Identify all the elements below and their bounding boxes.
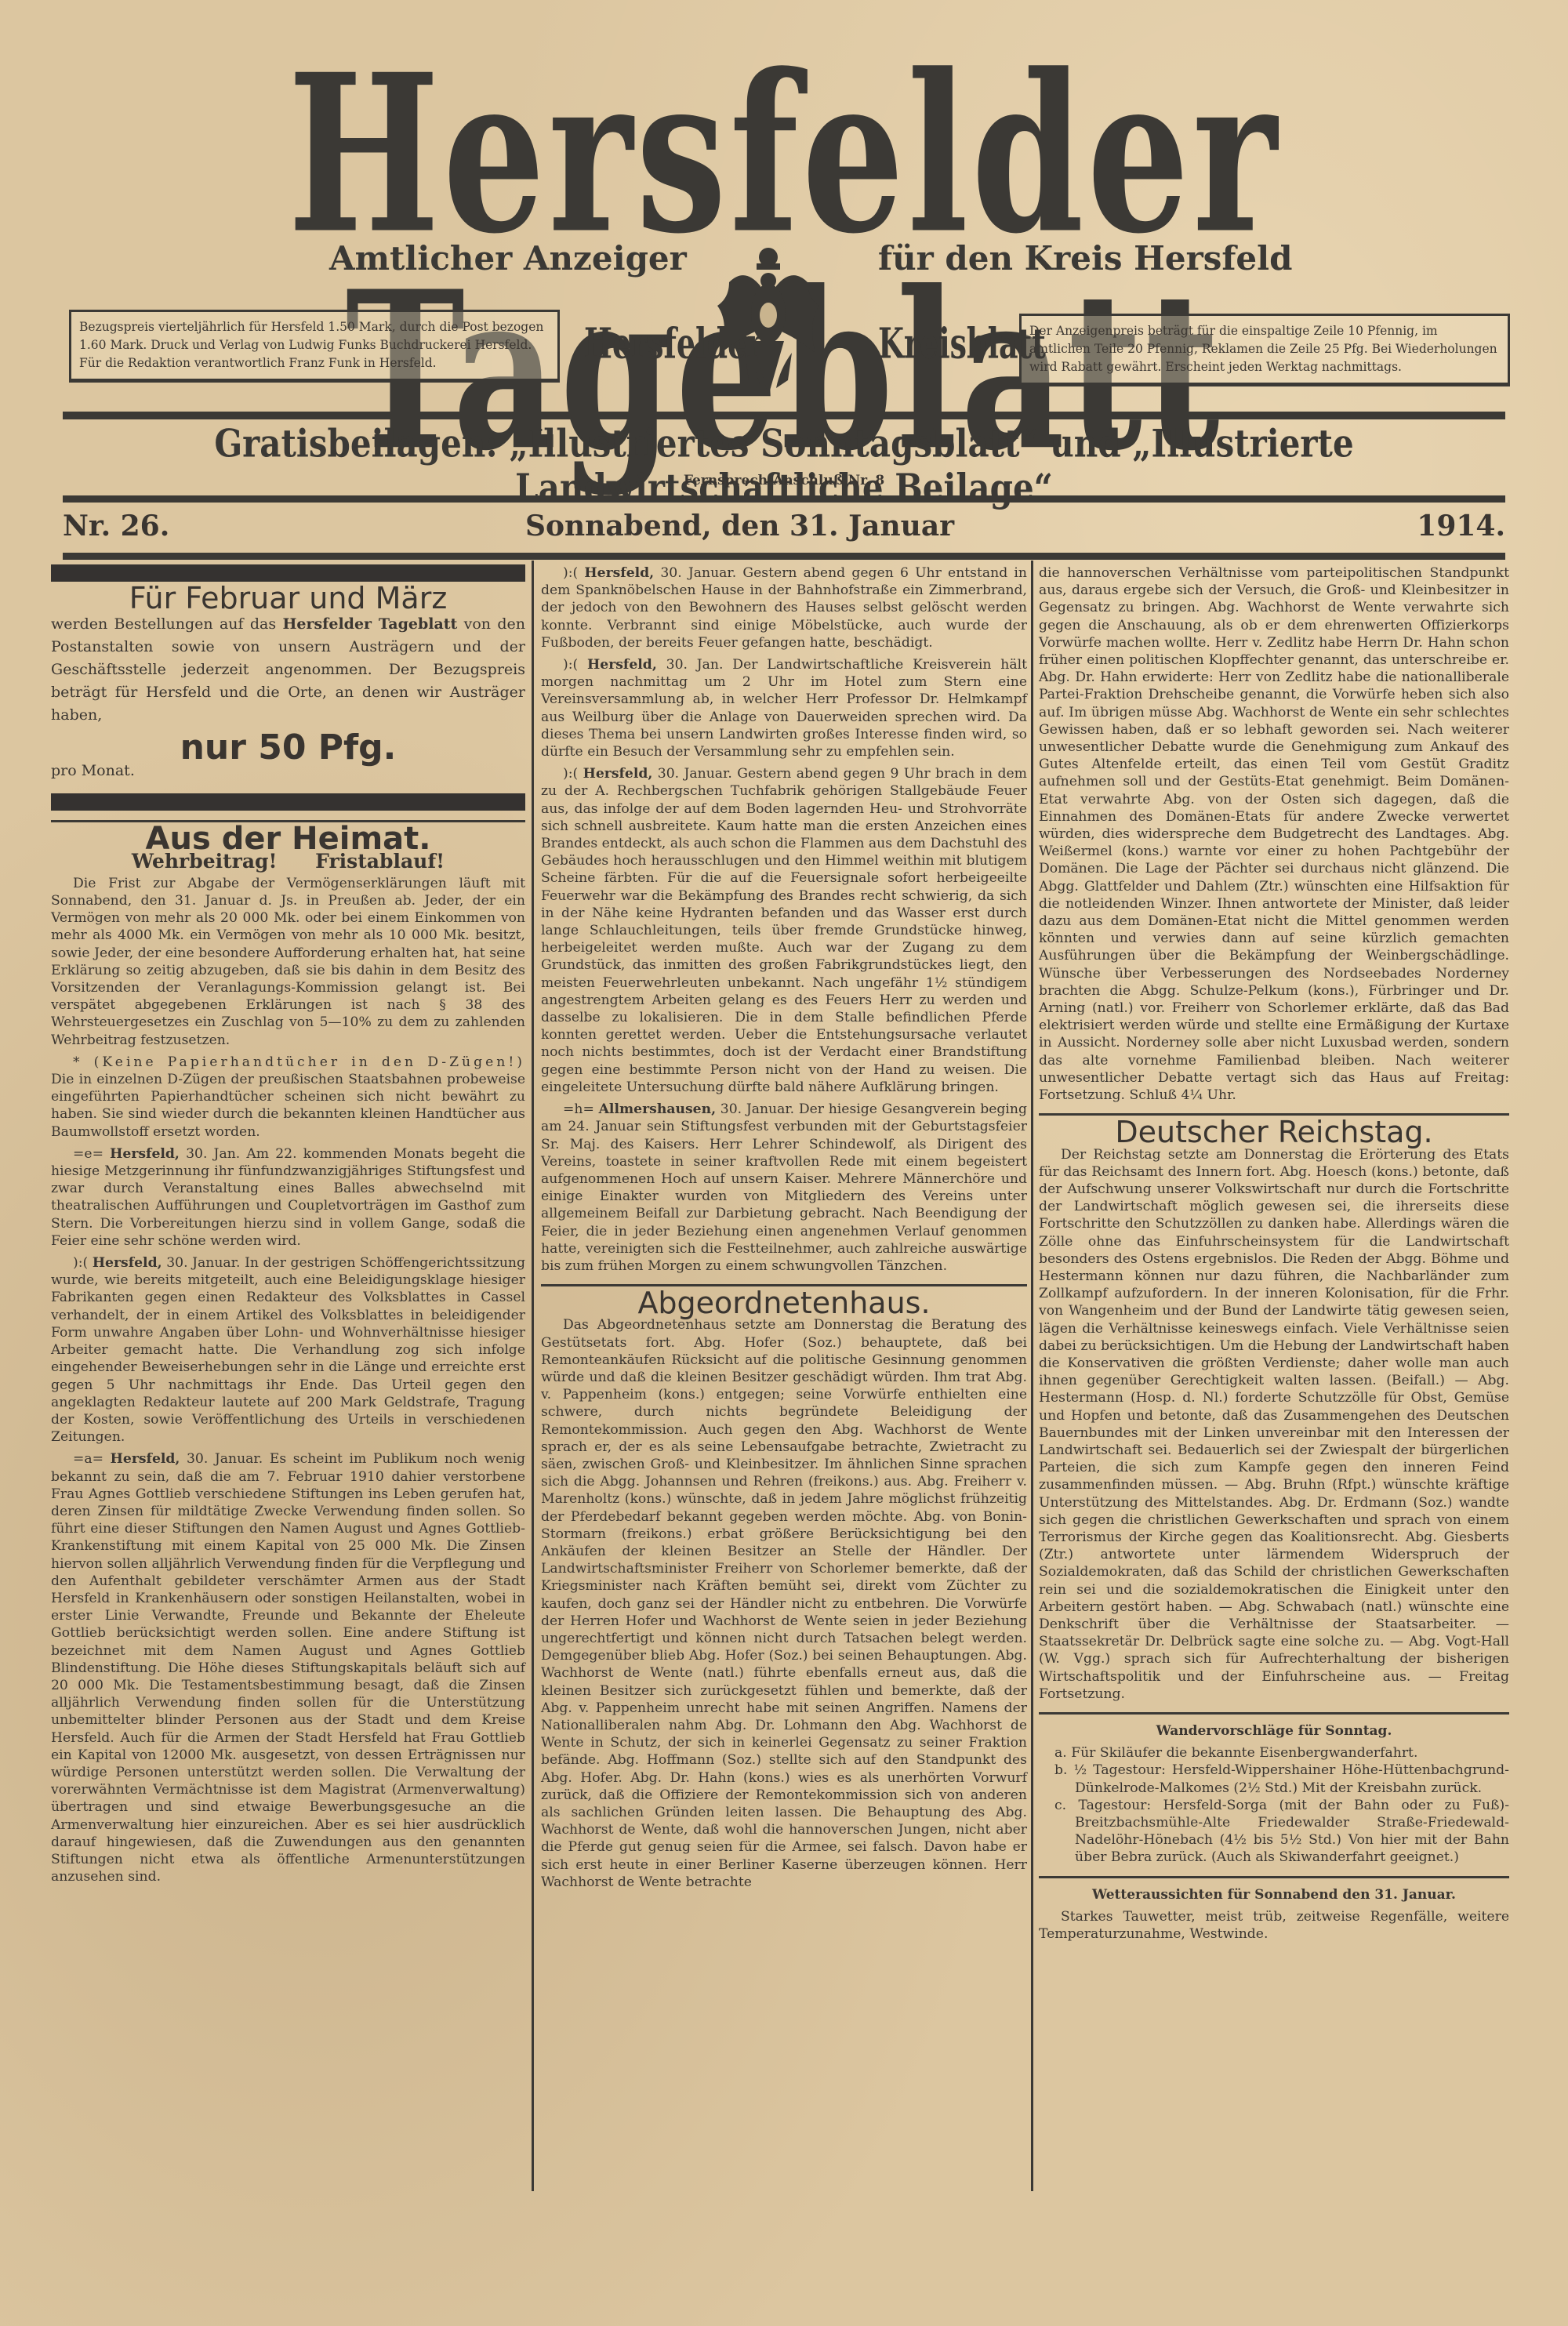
column-divider — [1031, 561, 1033, 2191]
subscription-info-box: Bezugspreis vierteljährlich für Hersfeld… — [69, 310, 560, 383]
advertising-rates-box: Der Anzeigenpreis beträgt für die einspa… — [1019, 314, 1510, 386]
article-wehrbeitrag: Die Frist zur Abgabe der Vermögenserklär… — [51, 875, 525, 1049]
section-title-abgeordnetenhaus: Abgeordnetenhaus. — [541, 1294, 1027, 1312]
ad-text: werden Bestellungen auf das — [51, 615, 276, 633]
local-news-item: * (Keine Papierhandtücher in den D-Zügen… — [51, 1054, 525, 1141]
weather-title: Wetteraussichten für Sonnabend den 31. J… — [1039, 1886, 1509, 1903]
column-3: die hannoverschen Verhältnisse vom parte… — [1039, 564, 1509, 1947]
local-news-item: =h= Allmershausen, 30. Januar. Der hiesi… — [541, 1101, 1027, 1275]
ad-price: nur 50 Pfg. — [51, 739, 525, 757]
issue-date: Sonnabend, den 31. Januar — [525, 510, 954, 542]
local-news-item: ):( Hersfeld, 30. Januar. Gestern abend … — [541, 765, 1027, 1096]
crest-label-right: Kreisblatt — [878, 318, 1046, 368]
subtitle-left: Amtlicher Anzeiger — [329, 239, 687, 278]
hiking-list: a. Für Skiläufer die bekannte Eisenbergw… — [1054, 1744, 1509, 1866]
local-news-item: ):( Hersfeld, 30. Januar. In der gestrig… — [51, 1254, 525, 1446]
subhead-wehrbeitrag: Wehrbeitrag! Fristablauf! — [51, 853, 525, 870]
article-reichstag: Der Reichstag setzte am Donnerstag die E… — [1039, 1146, 1509, 1704]
dateline: Nr. 26. Sonnabend, den 31. Januar 1914. — [63, 510, 1505, 549]
ad-bar-top — [51, 564, 525, 582]
local-news-item: ):( Hersfeld, 30. Januar. Gestern abend … — [541, 564, 1027, 651]
hiking-item: a. Für Skiläufer die bekannte Eisenbergw… — [1054, 1744, 1509, 1762]
column-divider — [532, 561, 534, 2191]
hiking-title: Wandervorschläge für Sonntag. — [1039, 1722, 1509, 1740]
divider — [63, 553, 1505, 560]
column-2: ):( Hersfeld, 30. Januar. Gestern abend … — [541, 564, 1027, 1896]
ad-bar-bottom — [51, 793, 525, 811]
imperial-eagle-icon — [713, 243, 823, 400]
divider — [1039, 1876, 1509, 1878]
subtitle-right: für den Kreis Hersfeld — [878, 239, 1292, 278]
divider — [63, 495, 1505, 503]
issue-year: 1914. — [1417, 510, 1505, 542]
article-abgeordnetenhaus-continued: die hannoverschen Verhältnisse vom parte… — [1039, 564, 1509, 1104]
issue-number: Nr. 26. — [63, 510, 169, 542]
divider — [63, 412, 1505, 419]
local-news-item: ):( Hersfeld, 30. Jan. Der Landwirtschaf… — [541, 656, 1027, 760]
local-news-item: =e= Hersfeld, 30. Jan. Am 22. kommenden … — [51, 1145, 525, 1250]
section-title-heimat: Aus der Heimat. — [51, 830, 525, 847]
local-news-item: =a= Hersfeld, 30. Januar. Es scheint im … — [51, 1450, 525, 1885]
phone-line: Fernsprech-Anschluß Nr. 8 — [0, 473, 1568, 488]
ad-paper-name: Hersfelder Tageblatt — [282, 615, 457, 633]
section-title-reichstag: Deutscher Reichstag. — [1039, 1123, 1509, 1141]
ad-title: Für Februar und März — [51, 590, 525, 607]
weather-text: Starkes Tauwetter, meist trüb, zeitweise… — [1039, 1908, 1509, 1943]
hiking-item: c. Tagestour: Hersfeld-Sorga (mit der Ba… — [1054, 1797, 1509, 1867]
hiking-item: b. ½ Tagestour: Hersfeld-Wippershainer H… — [1054, 1762, 1509, 1796]
divider — [1039, 1712, 1509, 1715]
column-1: Für Februar und März werden Bestellungen… — [51, 564, 525, 1890]
masthead: Hersfelder Tageblatt Amtlicher Anzeiger … — [0, 0, 1568, 408]
subscription-ad: Für Februar und März werden Bestellungen… — [51, 590, 525, 782]
article-abgeordnetenhaus: Das Abgeordnetenhaus setzte am Donnersta… — [541, 1316, 1027, 1891]
